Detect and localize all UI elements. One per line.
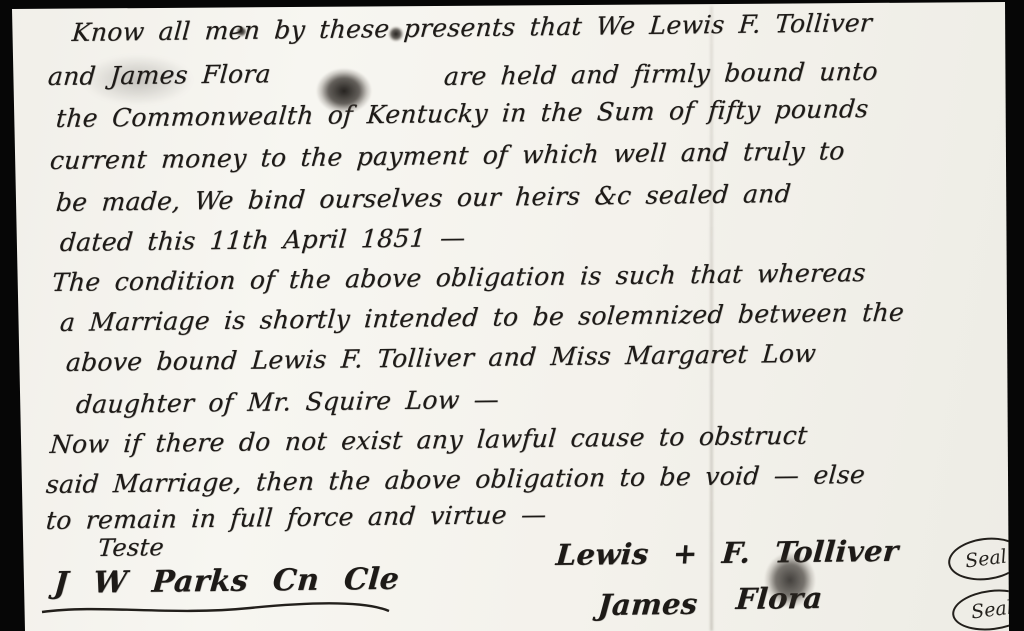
signature-james-first: James — [597, 587, 699, 622]
ink-blot — [764, 552, 816, 608]
handwritten-line: dated this 11th April 1851 — — [59, 223, 467, 257]
scanned-document: Know all men by these presents that We L… — [0, 0, 1024, 631]
seal-label: Seal — [970, 597, 1014, 624]
signature-flourish — [40, 600, 392, 618]
ink-blot — [236, 26, 247, 37]
handwritten-line: Now if there do not exist any lawful cau… — [49, 421, 809, 459]
handwritten-line: The condition of the above obligation is… — [51, 258, 867, 297]
handwritten-line: to remain in full force and virtue — — [45, 500, 548, 535]
ink-blot — [388, 26, 404, 42]
handwritten-line: above bound Lewis F. Tolliver and Miss M… — [65, 339, 817, 377]
clerk-signature: J W Parks Cn Cle — [53, 562, 401, 601]
handwritten-line: be made, We bind ourselves our heirs &c … — [55, 179, 792, 217]
handwritten-line: current money to the payment of which we… — [49, 136, 846, 175]
handwritten-line-right: are held and firmly bound unto — [443, 57, 879, 91]
teste-label: Teste — [97, 533, 165, 562]
handwritten-line: Know all men by these presents that We L… — [71, 8, 873, 47]
seal-label: Seal — [964, 546, 1008, 573]
handwritten-line: daughter of Mr. Squire Low — — [75, 385, 500, 419]
seal-lewis: Seal — [946, 534, 1024, 585]
seal-james: Seal — [950, 585, 1024, 631]
handwritten-line: said Marriage, then the above obligation… — [45, 460, 866, 499]
ink-blot — [316, 68, 372, 114]
handwritten-line-left: and James Flora — [47, 59, 272, 91]
paper: Know all men by these presents that We L… — [0, 0, 1024, 631]
signature-lewis-tolliver: Lewis + F. Tolliver — [555, 534, 900, 572]
handwritten-line: a Marriage is shortly intended to be sol… — [59, 298, 905, 337]
